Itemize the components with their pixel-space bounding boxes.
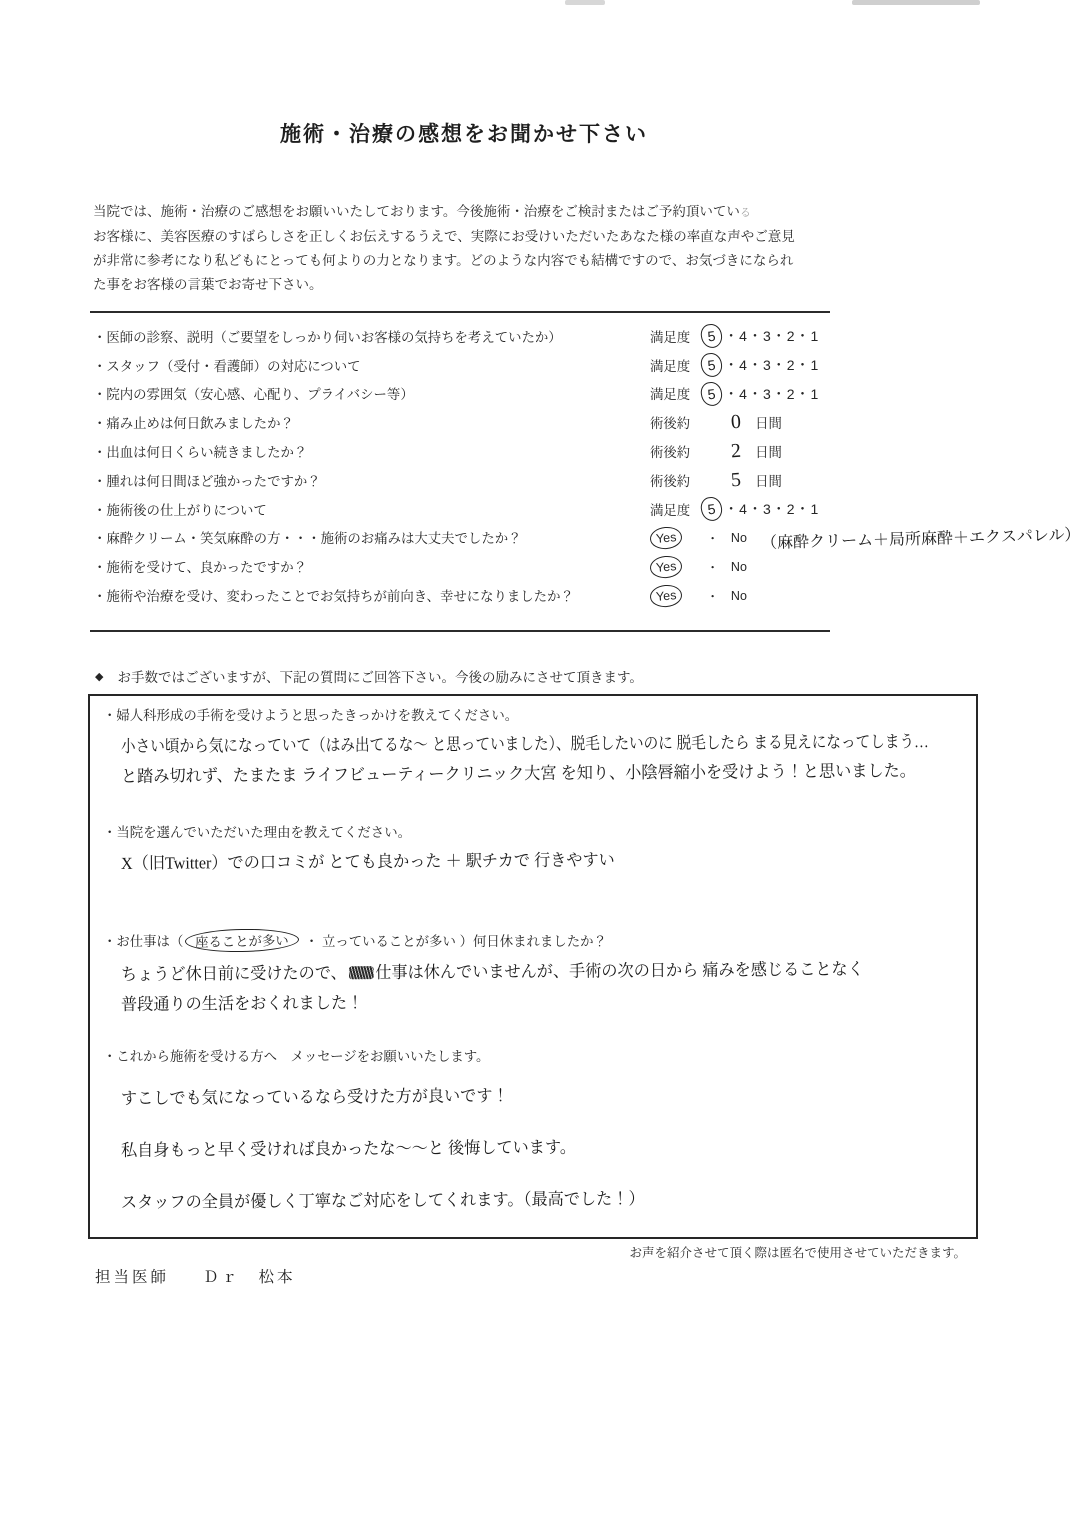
answer-line: X（旧Twitter）での口コミが とても良かった ＋ 駅チカで 行きやすい	[121, 843, 921, 879]
days-answer: 術後約 0 日間	[650, 411, 782, 434]
handwritten-answer: X（旧Twitter）での口コミが とても良かった ＋ 駅チカで 行きやすい	[103, 849, 963, 879]
days-answer: 術後約 2 日間	[650, 440, 782, 463]
free-answer-section-heading: ◆ お手数ではございますが、下記の質問にご回答下さい。今後の励みにさせて頂きます…	[95, 666, 643, 686]
intro-line: お客様に、美容医療のすばらしさを正しくお伝えするうえで、実際にお受けいただいたあ…	[93, 225, 853, 249]
question-label: ・麻酔クリーム・笑気麻酔の方・・・施術のお痛みは大丈夫でしたか？	[93, 528, 650, 547]
anonymity-note: お声を紹介させて頂く際は匿名で使用させていただきます。	[629, 1243, 966, 1261]
intro-paragraph: 当院では、施術・治療のご感想をお願いいたしております。今後施術・治療をご検討また…	[93, 200, 853, 297]
intro-line: た事をお客様の言葉でお寄せ下さい。	[93, 273, 853, 297]
divider-top	[90, 311, 830, 313]
question-row-glad: ・施術を受けて、良かったですか？ Yes ・ No	[93, 552, 1053, 581]
question-row-painkiller-days: ・痛み止めは何日飲みましたか？ 術後約 0 日間	[93, 408, 1053, 437]
days-suffix: 日間	[755, 413, 782, 432]
handwritten-days: 0	[730, 411, 742, 435]
question-label: ・これから施術を受ける方へ メッセージをお願いいたします。	[103, 1046, 963, 1065]
question-label: ・院内の雰囲気（安心感、心配り、プライバシー等）	[93, 384, 650, 403]
separator-dot: ・	[706, 529, 719, 547]
satisfaction-scale: 満足度 5 ・4・3・2・1	[650, 497, 819, 521]
handwritten-answer: ちょうど休日前に受けたので、仕事は休んでいませんが、手術の次の日から 痛みを感じ…	[103, 960, 963, 1020]
question-label: ・医師の診察、説明（ご要望をしっかり伺いお客様の気持ちを考えていたか）	[93, 327, 650, 346]
separator-dot: ・	[706, 558, 719, 576]
rating-options: ・4・3・2・1	[724, 355, 819, 375]
question-label: ・スタッフ（受付・看護師）の対応について	[93, 356, 650, 375]
satisfaction-prefix: 満足度	[650, 356, 690, 375]
question-row-staff: ・スタッフ（受付・看護師）の対応について 満足度 5 ・4・3・2・1	[93, 351, 1053, 380]
yes-no-answer: Yes ・ No	[650, 585, 747, 607]
answer-line: 普段通りの生活をおくれました！	[121, 984, 921, 1020]
option-standing: 立っていることが多い	[322, 934, 456, 949]
satisfaction-scale: 満足度 5 ・4・3・2・1	[650, 353, 819, 377]
scanned-survey-page: 施術・治療の感想をお聞かせ下さい 当院では、施術・治療のご感想をお願いいたしてお…	[0, 0, 1076, 1522]
no-option: No	[731, 589, 747, 603]
question-row-atmosphere: ・院内の雰囲気（安心感、心配り、プライバシー等） 満足度 5 ・4・3・2・1	[93, 380, 1053, 409]
handwritten-anesthesia-note: （麻酔クリーム＋局所麻酔＋エクスパレル）	[761, 522, 1076, 553]
circled-yes: Yes	[649, 583, 683, 608]
rating-options: ・4・3・2・1	[724, 384, 819, 404]
question-label: ・施術を受けて、良かったですか？	[93, 557, 650, 576]
separator-dot: ・	[706, 587, 719, 605]
no-option: No	[731, 560, 747, 574]
circled-rating-5: 5	[700, 352, 724, 378]
satisfaction-scale: 満足度 5 ・4・3・2・1	[650, 382, 819, 406]
question-block-motivation: ・婦人科形成の手術を受けようと思ったきっかけを教えてください。 小さい頃から気に…	[103, 705, 963, 792]
rating-options: ・4・3・2・1	[724, 499, 819, 519]
question-block-reason: ・当院を選んでいただいた理由を教えてください。 X（旧Twitter）での口コミ…	[103, 822, 963, 879]
circled-yes: Yes	[649, 526, 683, 551]
handwritten-answer: 小さい頃から気になっていて（はみ出てるな～ と思っていました）、脱毛したいのに …	[103, 732, 963, 792]
question-block-work: ・お仕事は（座ることが多い ・ 立っていることが多い ）何日休まれましたか？ ち…	[103, 929, 963, 1020]
circled-rating-5: 5	[700, 381, 724, 407]
answer-line: と踏み切れず、たまたま ライフビューティークリニック大宮 を知り、小陰唇縮小を受…	[121, 756, 921, 792]
rating-question-list: ・医師の診察、説明（ご要望をしっかり伺いお客様の気持ちを考えていたか） 満足度 …	[93, 322, 1053, 610]
days-prefix: 術後約	[650, 442, 690, 461]
intro-line: 当院では、施術・治療のご感想をお願いいたしております。今後施術・治療をご検討また…	[93, 200, 853, 225]
question-row-happier: ・施術や治療を受け、変わったことでお気持ちが前向き、幸せになりましたか？ Yes…	[93, 581, 1053, 610]
question-row-anesthesia: ・麻酔クリーム・笑気麻酔の方・・・施術のお痛みは大丈夫でしたか？ Yes ・ N…	[93, 524, 1053, 553]
question-row-doctor-exam: ・医師の診察、説明（ご要望をしっかり伺いお客様の気持ちを考えていたか） 満足度 …	[93, 322, 1053, 351]
label-suffix: ）何日休まれましたか？	[460, 934, 607, 949]
scan-artifact	[565, 0, 605, 5]
doctor-label: 担当医師	[95, 1265, 169, 1287]
handwritten-answer: すこしでも気になっているなら受けた方が良いです！ 私自身もっと早く受ければ良かっ…	[103, 1073, 963, 1229]
no-option: No	[731, 531, 747, 545]
yes-no-answer: Yes ・ No	[650, 556, 747, 578]
answer-text: 仕事は休んでいませんが、手術の次の日から 痛みを感じることなく	[375, 960, 864, 983]
days-suffix: 日間	[755, 442, 782, 461]
free-answer-box: ・婦人科形成の手術を受けようと思ったきっかけを教えてください。 小さい頃から気に…	[88, 694, 978, 1239]
intro-cutoff-char: る	[740, 207, 751, 219]
divider-bottom	[90, 630, 830, 632]
days-answer: 術後約 5 日間	[650, 469, 782, 492]
question-label: ・当院を選んでいただいた理由を教えてください。	[103, 822, 963, 841]
intro-line-text: 当院では、施術・治療のご感想をお願いいたしております。今後施術・治療をご検討また…	[93, 204, 740, 219]
rating-options: ・4・3・2・1	[724, 326, 819, 346]
question-label: ・痛み止めは何日飲みましたか？	[93, 413, 650, 432]
question-row-bleeding-days: ・出血は何日くらい続きましたか？ 術後約 2 日間	[93, 437, 1053, 466]
question-label: ・施術後の仕上がりについて	[93, 500, 650, 519]
satisfaction-prefix: 満足度	[650, 327, 690, 346]
page-title: 施術・治療の感想をお聞かせ下さい	[280, 118, 648, 148]
doctor-name: Ｄｒ 松本	[203, 1265, 296, 1287]
scan-artifact	[852, 0, 980, 5]
yes-no-answer: Yes ・ No （麻酔クリーム＋局所麻酔＋エクスパレル）	[650, 526, 1076, 549]
section-heading-text: お手数ではございますが、下記の質問にご回答下さい。今後の励みにさせて頂きます。	[117, 666, 642, 686]
circled-rating-5: 5	[700, 323, 724, 349]
question-label: ・婦人科形成の手術を受けようと思ったきっかけを教えてください。	[103, 705, 963, 724]
question-row-swelling-days: ・腫れは何日間ほど強かったですか？ 術後約 5 日間	[93, 466, 1053, 495]
question-block-message: ・これから施術を受ける方へ メッセージをお願いいたします。 すこしでも気になって…	[103, 1046, 963, 1229]
question-row-result: ・施術後の仕上がりについて 満足度 5 ・4・3・2・1	[93, 495, 1053, 524]
answer-text: ちょうど休日前に受けたので、	[121, 963, 347, 984]
days-suffix: 日間	[755, 471, 782, 490]
days-prefix: 術後約	[650, 413, 690, 432]
question-label: ・出血は何日くらい続きましたか？	[93, 442, 650, 461]
days-prefix: 術後約	[650, 471, 690, 490]
handwritten-days: 5	[730, 469, 742, 493]
answer-line: すこしでも気になっているなら受けた方が良いです！	[121, 1067, 921, 1125]
circled-yes: Yes	[649, 554, 683, 579]
satisfaction-prefix: 満足度	[650, 384, 690, 403]
diamond-icon: ◆	[95, 670, 103, 683]
doctor-signature: 担当医師 Ｄｒ 松本	[95, 1265, 296, 1287]
question-label: ・お仕事は（座ることが多い ・ 立っていることが多い ）何日休まれましたか？	[103, 929, 963, 952]
question-label: ・施術や治療を受け、変わったことでお気持ちが前向き、幸せになりましたか？	[93, 586, 650, 605]
question-label: ・腫れは何日間ほど強かったですか？	[93, 471, 650, 490]
handwritten-days: 2	[730, 440, 742, 464]
answer-line: スタッフの全員が優しく丁寧なご対応をしてくれます。（最高でした！）	[121, 1171, 921, 1229]
circled-rating-5: 5	[700, 496, 724, 522]
separator-dot: ・	[305, 934, 318, 949]
satisfaction-scale: 満足度 5 ・4・3・2・1	[650, 324, 819, 348]
scribble-mark	[349, 966, 374, 979]
answer-line: 私自身もっと早く受ければ良かったな～～と 後悔しています。	[121, 1119, 921, 1177]
label-prefix: ・お仕事は（	[103, 934, 183, 949]
intro-line: が非常に参考になり私どもにとっても何よりの力となります。どのような内容でも結構で…	[93, 249, 853, 273]
satisfaction-prefix: 満足度	[650, 500, 690, 519]
circled-option-sitting: 座ることが多い	[185, 928, 299, 953]
